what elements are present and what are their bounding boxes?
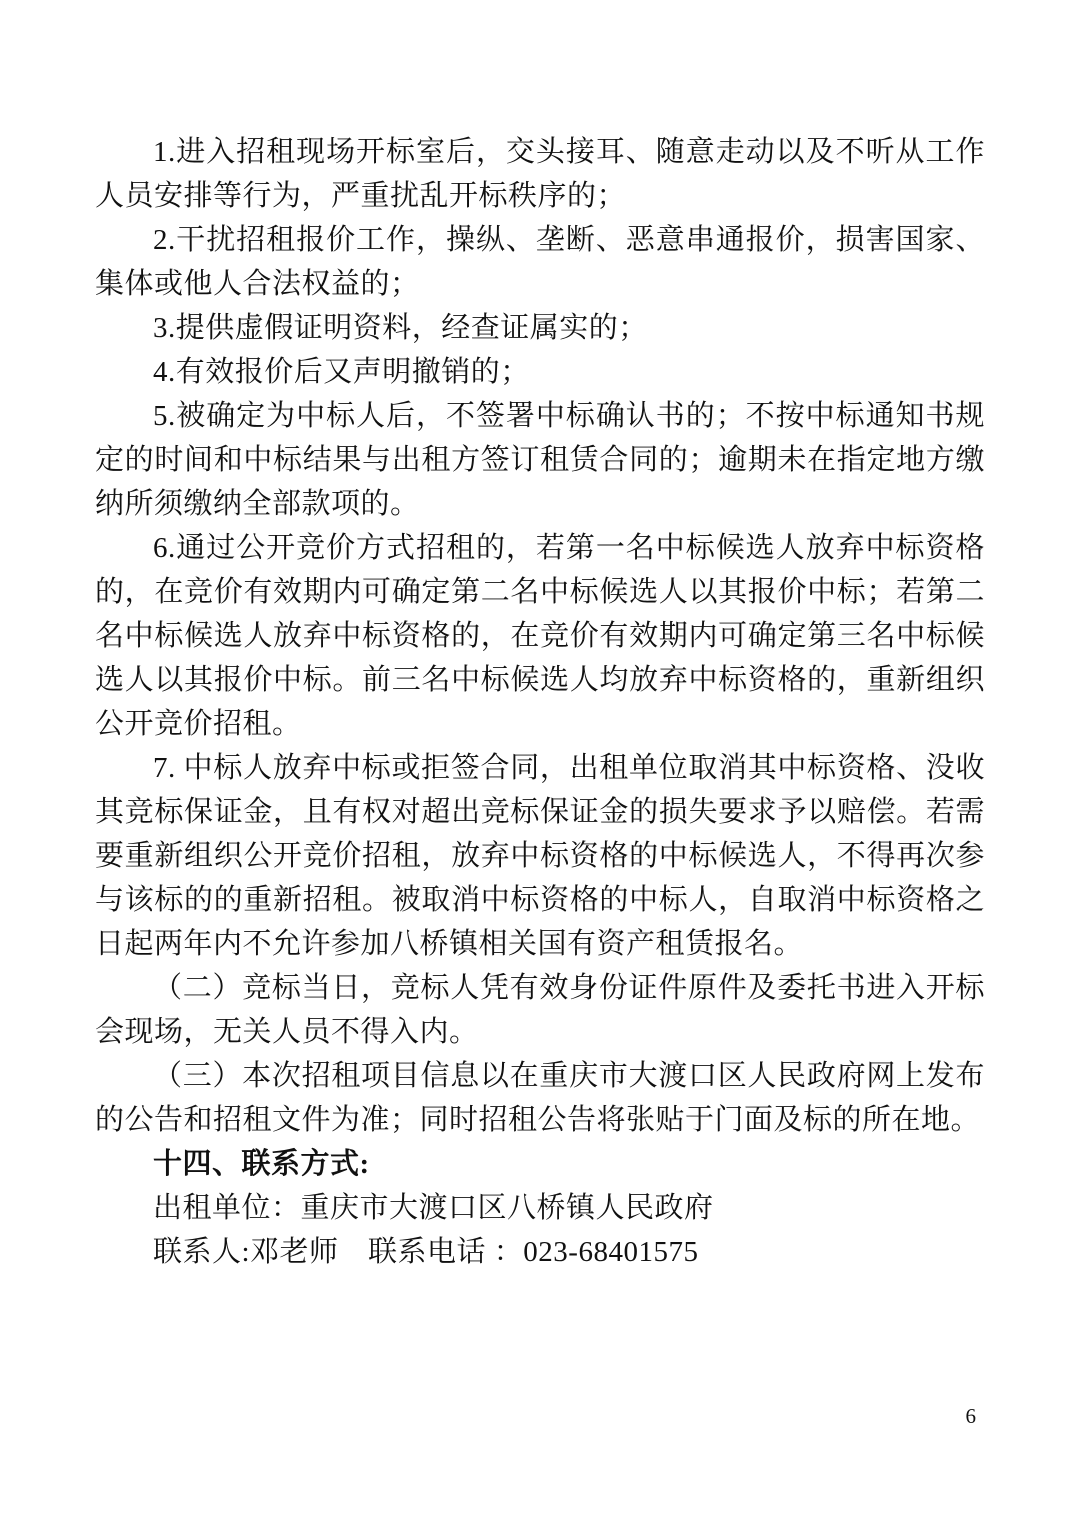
paragraph-item-2: （二）竞标当日，竞标人凭有效身份证件原件及委托书进入开标会现场，无关人员不得入内… xyxy=(95,966,985,1054)
paragraph-rule-3: 3.提供虚假证明资料，经查证属实的； xyxy=(95,306,985,350)
paragraph-rule-4: 4.有效报价后又声明撤销的； xyxy=(95,350,985,394)
paragraph-rule-6: 6.通过公开竞价方式招租的，若第一名中标候选人放弃中标资格的，在竞价有效期内可确… xyxy=(95,526,985,746)
contact-person-line: 联系人:邓老师 联系电话 ：023-68401575 xyxy=(95,1230,985,1274)
section-heading-contact: 十四、联系方式: xyxy=(95,1142,985,1186)
paragraph-rule-5: 5.被确定为中标人后，不签署中标确认书的；不按中标通知书规定的时间和中标结果与出… xyxy=(95,394,985,526)
paragraph-rule-2: 2.干扰招租报价工作，操纵、垄断、恶意串通报价，损害国家、集体或他人合法权益的； xyxy=(95,218,985,306)
contact-unit-line: 出租单位：重庆市大渡口区八桥镇人民政府 xyxy=(95,1186,985,1230)
paragraph-item-3: （三）本次招租项目信息以在重庆市大渡口区人民政府网上发布的公告和招租文件为准；同… xyxy=(95,1054,985,1142)
paragraph-rule-7: 7. 中标人放弃中标或拒签合同，出租单位取消其中标资格、没收其竞标保证金，且有权… xyxy=(95,746,985,966)
document-page: 1.进入招租现场开标室后，交头接耳、随意走动以及不听从工作人员安排等行为，严重扰… xyxy=(0,0,1074,1520)
paragraph-rule-1: 1.进入招租现场开标室后，交头接耳、随意走动以及不听从工作人员安排等行为，严重扰… xyxy=(95,130,985,218)
document-body: 1.进入招租现场开标室后，交头接耳、随意走动以及不听从工作人员安排等行为，严重扰… xyxy=(95,130,985,1274)
page-number: 6 xyxy=(966,1402,977,1430)
